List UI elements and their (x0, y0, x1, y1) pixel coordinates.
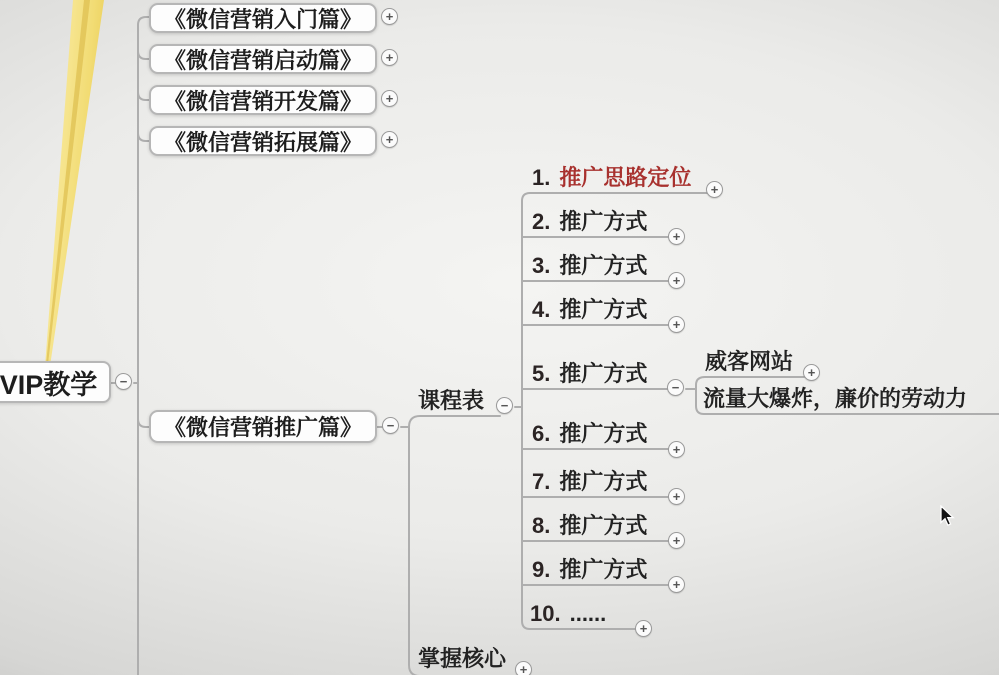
node-label: 推广思路定位 (559, 165, 691, 190)
node-label: 《微信营销开发篇》 (164, 85, 362, 116)
node-label: 威客网站 (705, 349, 793, 374)
expand-button[interactable]: + (668, 532, 685, 549)
node-item-9[interactable]: 9.推广方式 (532, 557, 647, 583)
node-label: 推广方式 (559, 209, 647, 234)
node-label: 课程表 (418, 388, 484, 413)
node-label: 推广方式 (559, 361, 647, 386)
node-chapter-start[interactable]: 《微信营销启动篇》 (149, 44, 377, 74)
node-label: 推广方式 (559, 469, 647, 494)
node-label: ...... (570, 601, 607, 626)
expand-button[interactable]: + (668, 228, 685, 245)
node-chapter-dev[interactable]: 《微信营销开发篇》 (149, 85, 377, 115)
node-item-3[interactable]: 3.推广方式 (532, 253, 647, 279)
expand-button[interactable]: + (668, 316, 685, 333)
node-item-10[interactable]: 10....... (530, 601, 606, 627)
item-number: 3. (532, 253, 550, 278)
node-item-5[interactable]: 5.推广方式 (532, 361, 647, 387)
expand-button[interactable]: + (381, 49, 398, 66)
node-label: 掌握核心 (418, 646, 506, 671)
node-label: 流量大爆炸，廉价的劳动力 (703, 386, 967, 411)
collapse-button[interactable]: − (382, 417, 399, 434)
mindmap-canvas: VIP教学 − 《微信营销入门篇》 + 《微信营销启动篇》 + 《微信营销开发篇… (0, 0, 999, 675)
node-root-vip[interactable]: VIP教学 (0, 361, 111, 403)
node-item-8[interactable]: 8.推广方式 (532, 513, 647, 539)
node-chapter-promo[interactable]: 《微信营销推广篇》 (149, 410, 377, 443)
node-course-table[interactable]: 课程表 (418, 388, 484, 414)
node-chapter-expand[interactable]: 《微信营销拓展篇》 (149, 126, 377, 156)
node-label: 《微信营销推广篇》 (164, 411, 362, 442)
item-number: 4. (532, 297, 550, 322)
node-label: 推广方式 (559, 297, 647, 322)
node-label: 推广方式 (559, 513, 647, 538)
node-root-label: VIP教学 (0, 363, 97, 402)
expand-button[interactable]: + (668, 441, 685, 458)
node-label: 《微信营销入门篇》 (164, 3, 362, 34)
node-item-4[interactable]: 4.推广方式 (532, 297, 647, 323)
item-number: 9. (532, 557, 550, 582)
node-label: 《微信营销拓展篇》 (164, 126, 362, 157)
node-witkey-site[interactable]: 威客网站 (705, 349, 793, 375)
item-number: 10. (530, 601, 561, 626)
item-number: 6. (532, 421, 550, 446)
item-number: 2. (532, 209, 550, 234)
expand-button[interactable]: + (668, 576, 685, 593)
expand-button[interactable]: + (668, 272, 685, 289)
item-number: 8. (532, 513, 550, 538)
collapse-button[interactable]: − (115, 373, 132, 390)
node-item-6[interactable]: 6.推广方式 (532, 421, 647, 447)
node-item-2[interactable]: 2.推广方式 (532, 209, 647, 235)
expand-button[interactable]: + (803, 364, 820, 381)
node-item-1[interactable]: 1.推广思路定位 (532, 165, 691, 191)
node-master-core[interactable]: 掌握核心 (418, 646, 506, 672)
item-number: 1. (532, 165, 550, 190)
expand-button[interactable]: + (515, 661, 532, 675)
node-chapter-intro[interactable]: 《微信营销入门篇》 (149, 3, 377, 33)
expand-button[interactable]: + (635, 620, 652, 637)
expand-button[interactable]: + (668, 488, 685, 505)
collapse-button[interactable]: − (496, 397, 513, 414)
expand-button[interactable]: + (381, 8, 398, 25)
item-number: 7. (532, 469, 550, 494)
node-item-7[interactable]: 7.推广方式 (532, 469, 647, 495)
expand-button[interactable]: + (381, 131, 398, 148)
expand-button[interactable]: + (706, 181, 723, 198)
node-label: 推广方式 (559, 253, 647, 278)
item-number: 5. (532, 361, 550, 386)
node-label: 推广方式 (559, 421, 647, 446)
node-traffic-explosion[interactable]: 流量大爆炸，廉价的劳动力 (703, 386, 967, 412)
expand-button[interactable]: + (381, 90, 398, 107)
collapse-button[interactable]: − (667, 379, 684, 396)
node-label: 推广方式 (559, 557, 647, 582)
node-label: 《微信营销启动篇》 (164, 44, 362, 75)
